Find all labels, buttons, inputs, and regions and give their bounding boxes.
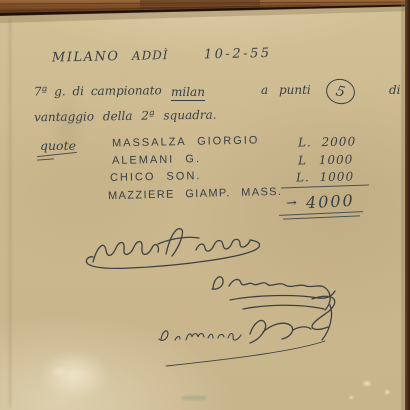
quota-name: CHICO SON. (110, 170, 202, 184)
quota-amount: L. 1000 (296, 169, 354, 184)
championship-line-end: di (389, 83, 401, 97)
advantage-line: vantaggio della 2ª squadra. (34, 108, 217, 125)
quota-amount: L. 2000 (298, 134, 356, 149)
championship-line-mid: a punti (261, 83, 311, 97)
quota-name: ALEMANI G. (112, 153, 201, 167)
championship-underlined-word: milan (171, 85, 205, 101)
total-arrow: → (285, 196, 297, 212)
addi-text: ADDÌ (132, 48, 169, 63)
quota-label: quote (40, 138, 76, 153)
championship-line-start: 7ª g. di campionato (34, 83, 162, 98)
quota-amount: L 1000 (298, 153, 354, 168)
date-text: 10-2-55 (204, 46, 272, 62)
total-amount: 4000 (306, 191, 356, 213)
city-text: MILANO (52, 49, 120, 65)
photo-frame-back: { "artifact": { "description": "Back of … (0, 0, 410, 410)
